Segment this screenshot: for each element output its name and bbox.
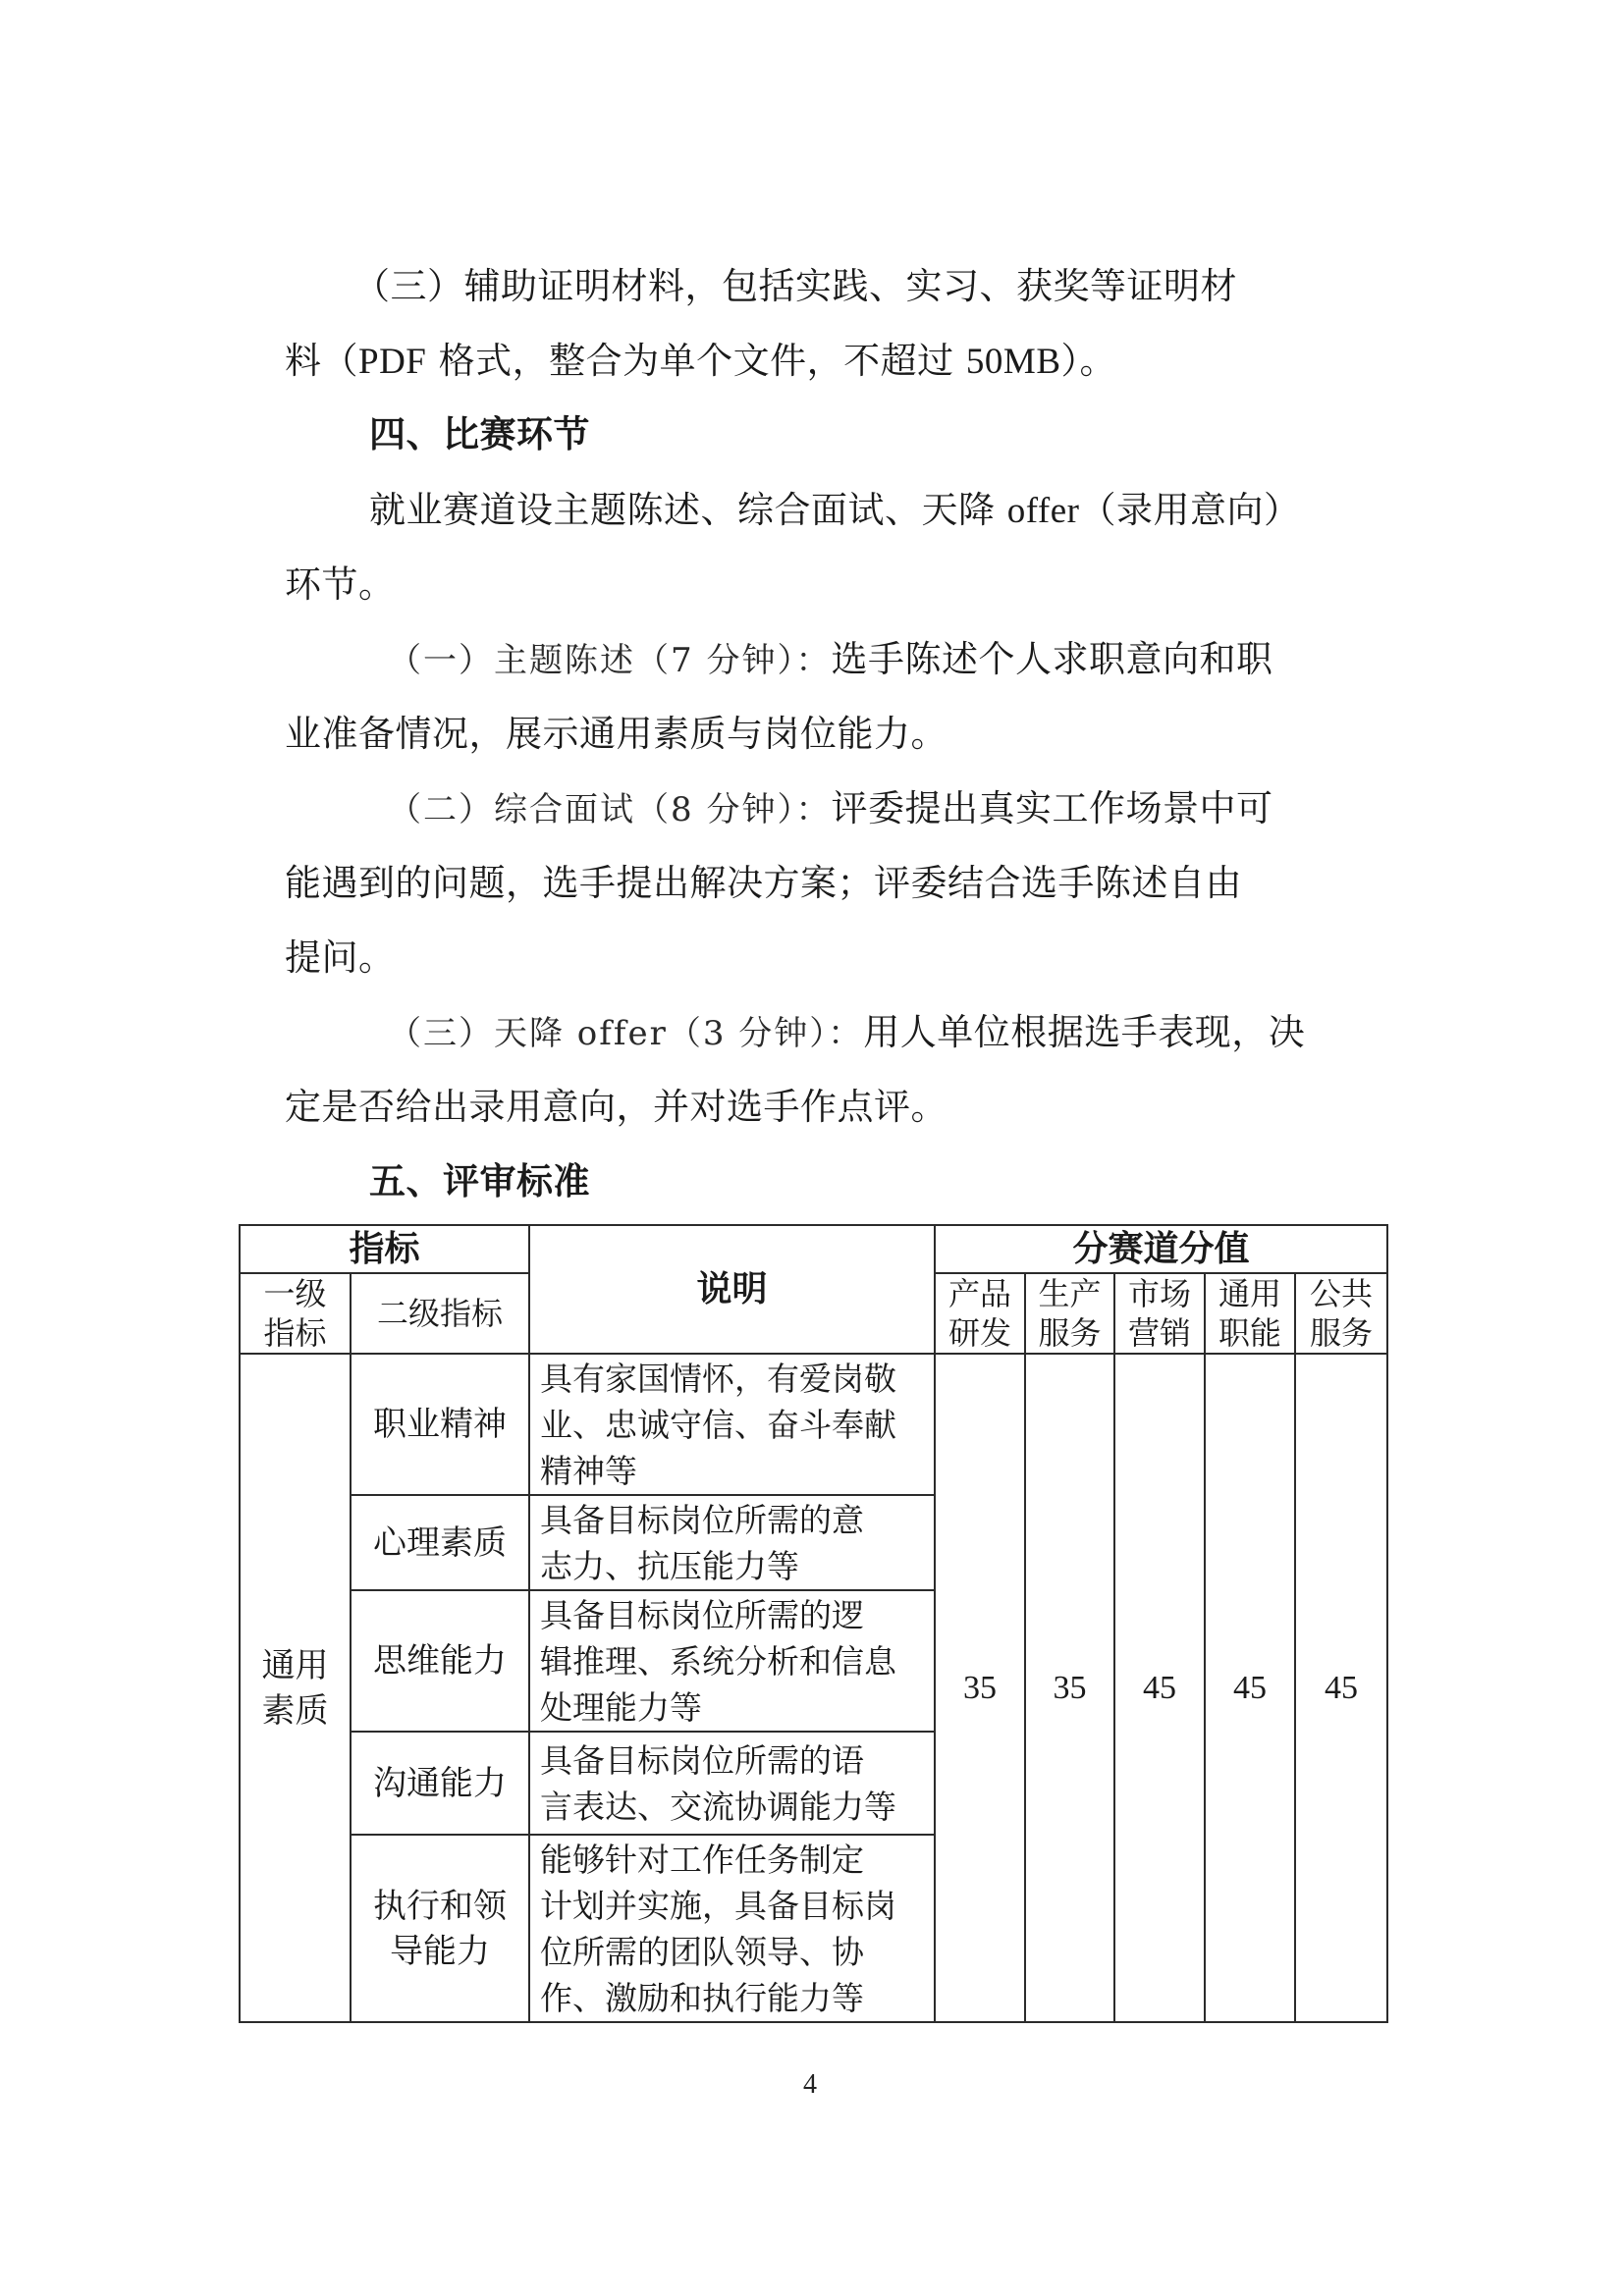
text-line: 志力、抗压能力等	[540, 1543, 928, 1589]
text-line: 具备目标岗位所需的意	[540, 1497, 928, 1543]
stage-label: （三）天降 offer（3 分钟）：	[388, 1014, 863, 1053]
text-line: 服务	[1296, 1313, 1386, 1353]
header-track-public-service: 公共 服务	[1295, 1273, 1387, 1354]
text-line: 业、忠诚守信、奋斗奉献	[540, 1402, 928, 1448]
paragraph-stages-intro-line-1: 就业赛道设主题陈述、综合面试、天降 offer（录用意向）	[369, 489, 1300, 532]
paragraph-theme-presentation-line-2: 业准备情况，展示通用素质与岗位能力。	[285, 713, 947, 756]
text-line: 执行和领	[352, 1884, 528, 1929]
header-level1-indicator: 一级 指标	[240, 1273, 351, 1354]
text-line: 具有家国情怀，有爱岗敬	[540, 1356, 928, 1402]
text-line: 辑推理、系统分析和信息	[540, 1638, 928, 1684]
header-track-product-rd: 产品 研发	[935, 1273, 1025, 1354]
section-heading-competition-stages: 四、比赛环节	[369, 413, 590, 456]
text-line: 具备目标岗位所需的语	[540, 1737, 928, 1784]
text-segment: 就业赛道设主题陈述、综合面试、天降	[369, 489, 1007, 531]
score-product-rd: 35	[935, 1354, 1025, 2022]
stage-label: （一）主题陈述（7 分钟）：	[388, 641, 831, 680]
text-segment: offer	[1007, 491, 1080, 531]
text-line: 计划并实施，具备目标岗	[540, 1883, 928, 1929]
score-general-functions: 45	[1205, 1354, 1295, 2022]
level2-execution-leadership: 执行和领 导能力	[351, 1835, 529, 2022]
score-production-service: 35	[1025, 1354, 1114, 2022]
text-line: 通用	[1206, 1274, 1294, 1313]
text-line: 素质	[241, 1688, 350, 1734]
text-segment: 用人单位根据选手表现，决	[863, 1011, 1305, 1053]
description-professional-spirit: 具有家国情怀，有爱岗敬 业、忠诚守信、奋斗奉献 精神等	[529, 1354, 935, 1495]
paragraph-stages-intro-line-2: 环节。	[285, 563, 396, 607]
description-communication-ability: 具备目标岗位所需的语 言表达、交流协调能力等	[529, 1732, 935, 1835]
level1-general-qualities: 通用 素质	[240, 1354, 351, 2022]
description-execution-leadership: 能够针对工作任务制定 计划并实施，具备目标岗 位所需的团队领导、协 作、激励和执…	[529, 1835, 935, 2022]
header-track-general-functions: 通用 职能	[1205, 1273, 1295, 1354]
text-line: 市场	[1115, 1274, 1204, 1313]
text-line: 服务	[1026, 1313, 1113, 1353]
text-line: 导能力	[352, 1929, 528, 1974]
text-line: 言表达、交流协调能力等	[540, 1784, 928, 1830]
text-line: 作、激励和执行能力等	[540, 1975, 928, 2021]
header-indicator: 指标	[240, 1225, 529, 1273]
text-segment: （录用意向）	[1079, 489, 1300, 531]
text-line: 具备目标岗位所需的逻	[540, 1592, 928, 1638]
description-psychological-quality: 具备目标岗位所需的意 志力、抗压能力等	[529, 1495, 935, 1590]
text-line: 通用	[241, 1643, 350, 1688]
level2-communication-ability: 沟通能力	[351, 1732, 529, 1835]
text-segment: PDF	[358, 342, 426, 382]
text-segment: 格式，整合为单个文件，不超过	[426, 340, 966, 382]
text-line: 指标	[241, 1313, 350, 1353]
text-segment: 评委提出真实工作场景中可	[831, 787, 1272, 829]
level2-thinking-ability: 思维能力	[351, 1590, 529, 1732]
text-line: 生产	[1026, 1274, 1113, 1313]
header-track-marketing: 市场 营销	[1114, 1273, 1205, 1354]
text-line: 产品	[936, 1274, 1024, 1313]
header-level2-indicator: 二级指标	[351, 1273, 529, 1354]
paragraph-offer-line-2: 定是否给出录用意向，并对选手作点评。	[285, 1086, 947, 1129]
paragraph-interview-line-1: （二）综合面试（8 分钟）：评委提出真实工作场景中可	[388, 787, 1272, 830]
table-header-row-1: 指标 说明 分赛道分值	[240, 1225, 1387, 1273]
text-line: 一级	[241, 1274, 350, 1313]
header-track-scores: 分赛道分值	[935, 1225, 1387, 1273]
paragraph-interview-line-2: 能遇到的问题，选手提出解决方案；评委结合选手陈述自由	[285, 862, 1242, 905]
text-segment: 料（	[285, 340, 358, 382]
evaluation-criteria-table: 指标 说明 分赛道分值 一级 指标 二级指标 产品 研发 生产 服务 市场 营销…	[239, 1224, 1388, 2023]
page-number: 4	[803, 2069, 817, 2101]
text-segment: ）。	[1061, 340, 1117, 382]
paragraph-supporting-materials-line-1: （三）辅助证明材料，包括实践、实习、获奖等证明材	[353, 265, 1237, 308]
header-track-production-service: 生产 服务	[1025, 1273, 1114, 1354]
text-line: 精神等	[540, 1448, 928, 1494]
text-line: 处理能力等	[540, 1684, 928, 1731]
text-segment: 选手陈述个人求职意向和职	[831, 638, 1272, 680]
text-line: 研发	[936, 1313, 1024, 1353]
text-line: 职能	[1206, 1313, 1294, 1353]
paragraph-theme-presentation-line-1: （一）主题陈述（7 分钟）：选手陈述个人求职意向和职	[388, 638, 1272, 681]
paragraph-interview-line-3: 提问。	[285, 936, 396, 980]
section-heading-evaluation-criteria: 五、评审标准	[369, 1160, 590, 1203]
text-segment: 50MB	[966, 342, 1061, 382]
text-line: 能够针对工作任务制定	[540, 1837, 928, 1883]
score-public-service: 45	[1295, 1354, 1387, 2022]
table-row: 通用 素质 职业精神 具有家国情怀，有爱岗敬 业、忠诚守信、奋斗奉献 精神等 3…	[240, 1354, 1387, 1495]
description-thinking-ability: 具备目标岗位所需的逻 辑推理、系统分析和信息 处理能力等	[529, 1590, 935, 1732]
text-line: 公共	[1296, 1274, 1386, 1313]
stage-label: （二）综合面试（8 分钟）：	[388, 790, 831, 829]
paragraph-supporting-materials-line-2: 料（PDF 格式，整合为单个文件，不超过 50MB）。	[285, 340, 1116, 383]
level2-psychological-quality: 心理素质	[351, 1495, 529, 1590]
paragraph-offer-line-1: （三）天降 offer（3 分钟）：用人单位根据选手表现，决	[388, 1011, 1305, 1054]
text-line: 位所需的团队领导、协	[540, 1929, 928, 1975]
score-marketing: 45	[1114, 1354, 1205, 2022]
level2-professional-spirit: 职业精神	[351, 1354, 529, 1495]
text-line: 营销	[1115, 1313, 1204, 1353]
header-description: 说明	[529, 1225, 935, 1354]
